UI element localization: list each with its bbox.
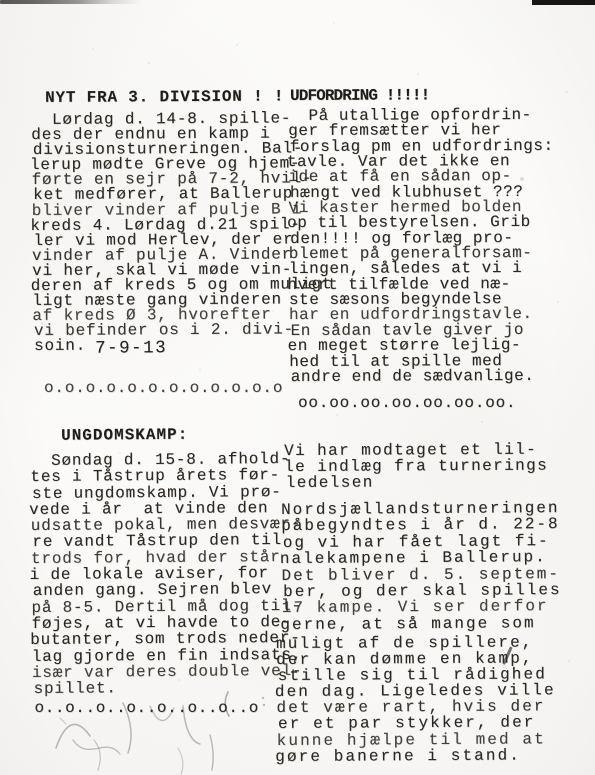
- challenge-paragraph: På utallige opfordrin-ger fremsætter vi …: [288, 108, 553, 385]
- scan-speckles: [0, 0, 2, 2]
- text-line: spillet.: [33, 679, 304, 697]
- scan-artifact-top-left: [0, 0, 142, 4]
- scan-artifact-top-right: [532, 0, 595, 5]
- text-line: gøre banerne i stand.: [275, 747, 556, 765]
- youth-section-title: UNGDOMSKAMP:: [30, 426, 301, 445]
- challenge-section-title: UDFORDRING !!!!!: [288, 87, 552, 105]
- text-line: le indlæg fra turnerings: [284, 458, 548, 476]
- youth-paragraph: Søndag d. 15-8. afhold-tes i Tåstrup åre…: [30, 451, 302, 698]
- text-line: butanter, som trods neder-: [30, 630, 301, 648]
- text-line: en meget større lejlig-: [288, 338, 552, 354]
- date-code: 7-9-13: [95, 339, 167, 359]
- tournament-paragraph-2: muligt af de spillere,der kan dømme en k…: [276, 634, 558, 764]
- news-last-word: soin.: [34, 337, 86, 355]
- dot-divider-left-bottom: o..o..o..o..o..o..o..o: [35, 699, 259, 717]
- text-line: blemet på generalforsam-: [289, 246, 553, 262]
- scanned-newsletter-page: NYT FRA 3. DIVISION ! ! Lørdag d. 14-8. …: [0, 0, 595, 775]
- dot-divider-right: oo.oo.oo.oo.oo.oo.oo.: [298, 394, 516, 412]
- text-line: andre end de sædvanlige.: [291, 369, 555, 385]
- text-line: på 8-5. Dertil må dog til-: [31, 598, 302, 616]
- youth-section: UNGDOMSKAMP: Søndag d. 15-8. afhold-tes …: [30, 426, 303, 698]
- editor-note: Vi har modtaget et lil-le indlæg fra tur…: [284, 442, 548, 492]
- text-line: gerne, at så mange som: [280, 615, 559, 633]
- tournament-paragraph-1: Nordsjællandsturneringenpåbegyndtes i år…: [281, 500, 560, 633]
- dot-divider-left-top: o.o.o.o.o.o.o.o.o.o.o.o: [44, 379, 283, 397]
- text-line: ledelsen: [286, 474, 550, 492]
- challenge-section: UDFORDRING !!!!! På utallige opfordrin-g…: [288, 87, 553, 385]
- text-line: hvert tilfælde ved næ-: [287, 277, 551, 293]
